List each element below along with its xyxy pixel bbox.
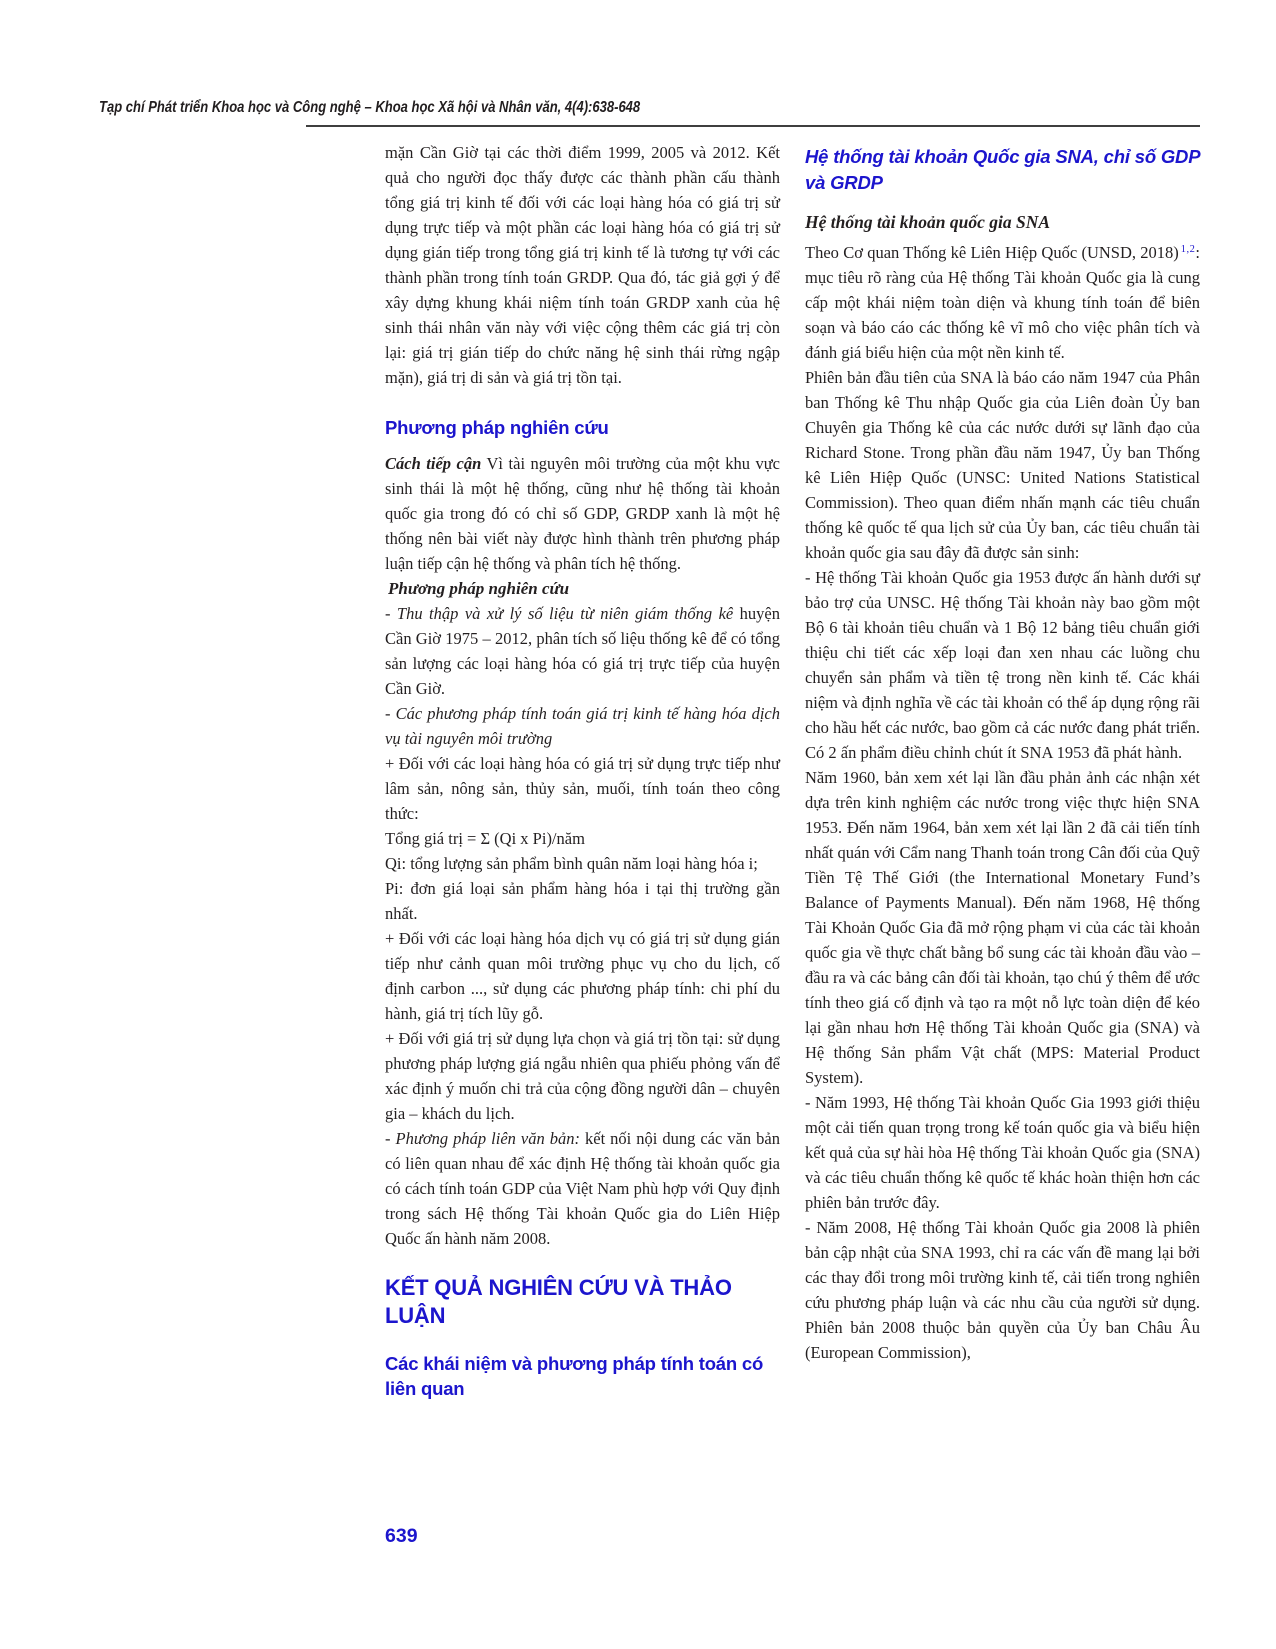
sna-paragraph-5: - Năm 1993, Hệ thống Tài khoản Quốc Gia … bbox=[805, 1090, 1200, 1215]
sna-paragraph-2: Phiên bản đầu tiên của SNA là báo cáo nă… bbox=[805, 365, 1200, 565]
left-column: mặn Cần Giờ tại các thời điểm 1999, 2005… bbox=[385, 140, 780, 1401]
approach-label: Cách tiếp cận bbox=[385, 454, 481, 473]
journal-page: Tạp chí Phát triển Khoa học và Công nghệ… bbox=[0, 0, 1276, 1649]
section-heading-results: KẾT QUẢ NGHIÊN CỨU VÀ THẢO LUẬN bbox=[385, 1274, 780, 1330]
methods-subheading: Phương pháp nghiên cứu bbox=[385, 576, 780, 601]
formula-line: Tổng giá trị = Σ (Qi x Pi)/năm bbox=[385, 826, 780, 851]
subsection-heading-concepts: Các khái niệm và phương pháp tính toán c… bbox=[385, 1351, 780, 1401]
pi-definition: Pi: đơn giá loại sản phẩm hàng hóa i tại… bbox=[385, 876, 780, 926]
method-item-valuation: - Các phương pháp tính toán giá trị kinh… bbox=[385, 701, 780, 751]
right-column: Hệ thống tài khoản Quốc gia SNA, chỉ số … bbox=[805, 140, 1200, 1365]
sna-paragraph-1-text: Theo Cơ quan Thống kê Liên Hiệp Quốc (UN… bbox=[805, 243, 1179, 262]
sna-paragraph-1: Theo Cơ quan Thống kê Liên Hiệp Quốc (UN… bbox=[805, 240, 1200, 365]
method-item-intertext-lead: - Phương pháp liên văn bản: bbox=[385, 1129, 580, 1148]
method-item-data-lead: - Thu thập và xử lý số liệu từ niên giám… bbox=[385, 604, 733, 623]
method-item-intertext: - Phương pháp liên văn bản: kết nối nội … bbox=[385, 1126, 780, 1251]
method-item-data: - Thu thập và xử lý số liệu từ niên giám… bbox=[385, 601, 780, 701]
section-heading-methods: Phương pháp nghiên cứu bbox=[385, 416, 780, 439]
approach-paragraph: Cách tiếp cận Vì tài nguyên môi trường c… bbox=[385, 451, 780, 576]
sna-paragraph-4: Năm 1960, bản xem xét lại lần đầu phản ả… bbox=[805, 765, 1200, 1090]
sna-subheading: Hệ thống tài khoản quốc gia SNA bbox=[805, 210, 1200, 235]
method-item-direct-use: + Đối với các loại hàng hóa có giá trị s… bbox=[385, 751, 780, 826]
header-rule bbox=[306, 125, 1200, 127]
sna-paragraph-3: - Hệ thống Tài khoản Quốc gia 1953 được … bbox=[805, 565, 1200, 765]
citation-reference-link[interactable]: 1,2 bbox=[1181, 244, 1196, 255]
subsection-heading-sna: Hệ thống tài khoản Quốc gia SNA, chỉ số … bbox=[805, 144, 1200, 196]
qi-definition: Qi: tổng lượng sản phẩm bình quân năm lo… bbox=[385, 851, 780, 876]
page-number: 639 bbox=[385, 1525, 418, 1548]
method-item-indirect-use: + Đối với các loại hàng hóa dịch vụ có g… bbox=[385, 926, 780, 1026]
running-head: Tạp chí Phát triển Khoa học và Công nghệ… bbox=[99, 99, 640, 117]
sna-paragraph-6: - Năm 2008, Hệ thống Tài khoản Quốc gia … bbox=[805, 1215, 1200, 1365]
method-item-option-value: + Đối với giá trị sử dụng lựa chọn và gi… bbox=[385, 1026, 780, 1126]
intro-continuation-paragraph: mặn Cần Giờ tại các thời điểm 1999, 2005… bbox=[385, 140, 780, 390]
